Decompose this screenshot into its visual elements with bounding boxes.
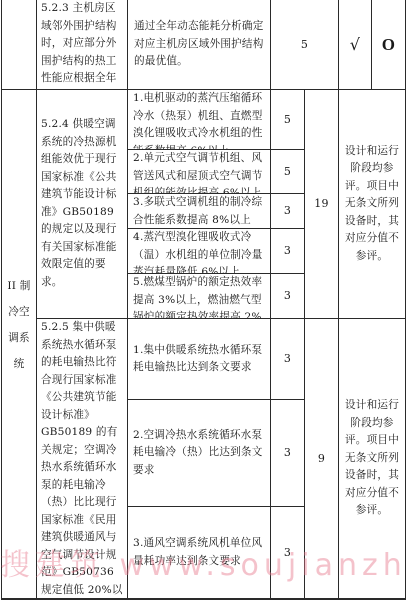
total-525: 9 [305, 319, 338, 598]
item-525-1-text: 1.集中供暖系统热水循环泵耗电输热比达到条文要求 [133, 342, 267, 377]
item-524-3: 3.多联式空调机组的制冷综合性能系数提高 8%以上 [128, 194, 270, 228]
clause-525: 5.2.5 集中供暖系统热水循环泵的耗电输热比符合现行国家标准《公共建筑节能设计… [37, 319, 127, 598]
clause-524: 5.2.4 供暖空调系统的冷热源机组能效优于现行国家标准《公共建筑节能设计标准》… [37, 89, 127, 318]
item-525-1: 1.集中供暖系统热水循环泵耗电输热比达到条文要求 [128, 319, 270, 399]
note-524-text: 设计和运行阶段均参评。项目中无条文所列设备时，其对应分值不参评。 [342, 143, 402, 266]
circle-mark: O [372, 0, 405, 89]
score-523: 5 [271, 0, 338, 89]
score-524-5: 3 [271, 274, 304, 318]
item-525-3-text: 3.通风空调系统风机单位风量耗功率达到条文要求 [133, 535, 267, 570]
category-line-2: 冷空 [8, 299, 30, 325]
check-mark: √ [339, 0, 371, 89]
score-524-3: 3 [271, 194, 304, 228]
score-524-4: 3 [271, 229, 304, 273]
category-line-3: 调系 [8, 325, 30, 351]
item-525-3: 3.通风空调系统风机单位风量耗功率达到条文要求 [128, 507, 270, 598]
category-line-4: 统 [14, 351, 25, 377]
item-524-1: 1.电机驱动的蒸汽压缩循环冷水（热泵）机组、直燃型溴化锂吸收式冷水机组的性能系数… [128, 90, 270, 149]
requirement-523: 通过全年动态能耗分析确定对应主机房区域外围护结构的最优值。 [128, 0, 270, 89]
score-525-2: 3 [271, 400, 304, 506]
item-524-2: 2.单元式空气调节机组、风管送风式和屋顶式空气调节机组的能效比提高 6%以上 [128, 150, 270, 193]
item-524-4: 4.蒸汽型溴化锂吸收式冷（温）水机组的单位制冷量蒸汽耗量降低 6%以上 [128, 229, 270, 273]
standard-table: 5.2.3 主机房区域邻外围护结构时，对应部分外围护结构的热工性能应根据全年动态… [0, 0, 406, 600]
category-hvac: II 制 冷空 调系 统 [2, 260, 36, 390]
note-525-text: 设计和运行阶段均参评。项目中无条文所列设备时，其对应分值不参评。 [342, 397, 402, 520]
clause-524-text: 5.2.4 供暖空调系统的冷热源机组能效优于现行国家标准《公共建筑节能设计标准》… [41, 116, 124, 291]
item-524-5: 5.燃煤型锅炉的额定热效率提高 3%以上，燃油燃气型锅炉的额定热效率提高 2%以… [128, 274, 270, 318]
note-524: 设计和运行阶段均参评。项目中无条文所列设备时，其对应分值不参评。 [339, 90, 405, 318]
clause-523: 5.2.3 主机房区域邻外围护结构时，对应部分外围护结构的热工性能应根据全年动态… [37, 0, 127, 89]
score-525-1: 3 [271, 319, 304, 399]
item-525-2-text: 2.空调冷热水系统循环水泵耗电输冷（热）比达到条文要求 [133, 427, 267, 480]
score-525-3: 3 [271, 507, 304, 598]
item-525-2: 2.空调冷热水系统循环水泵耗电输冷（热）比达到条文要求 [128, 400, 270, 506]
requirement-523-text: 通过全年动态能耗分析确定对应主机房区域外围护结构的最优值。 [134, 18, 267, 71]
note-525: 设计和运行阶段均参评。项目中无条文所列设备时，其对应分值不参评。 [339, 319, 405, 598]
score-524-1: 5 [271, 90, 304, 149]
total-524: 19 [305, 90, 338, 318]
score-524-2: 5 [271, 150, 304, 193]
category-line-1: II 制 [7, 273, 30, 299]
